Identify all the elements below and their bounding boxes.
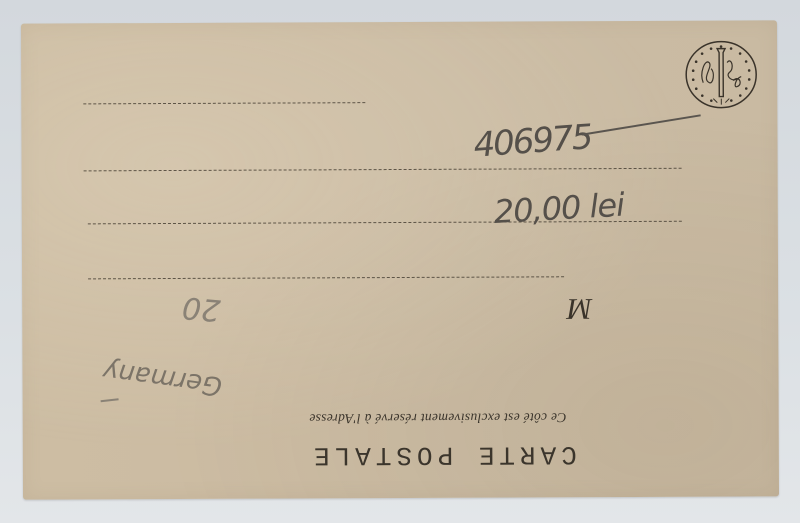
postcard-title: CARTE POSTALE: [255, 439, 631, 471]
pencil-mark-upside-down: 20: [181, 289, 222, 327]
postcard-subtitle: Ce côté est exclusivement réservé à l'Ad…: [253, 409, 623, 427]
address-line-1: [83, 102, 365, 104]
address-line-2: [84, 168, 682, 172]
handwritten-reference-number: 406975: [472, 117, 592, 166]
pencil-underline-stroke: [582, 114, 701, 135]
pencil-word-upside-down: Germany: [101, 355, 224, 401]
postcard: 406975 20,00 lei 20 Germany M Ce côté es…: [21, 20, 779, 499]
address-prefix-monsieur: M: [567, 291, 592, 325]
pencil-dash: [101, 398, 119, 402]
monogram-seal-icon: [683, 38, 759, 110]
address-line-4: [88, 276, 564, 279]
handwritten-price: 20,00 lei: [493, 186, 625, 231]
